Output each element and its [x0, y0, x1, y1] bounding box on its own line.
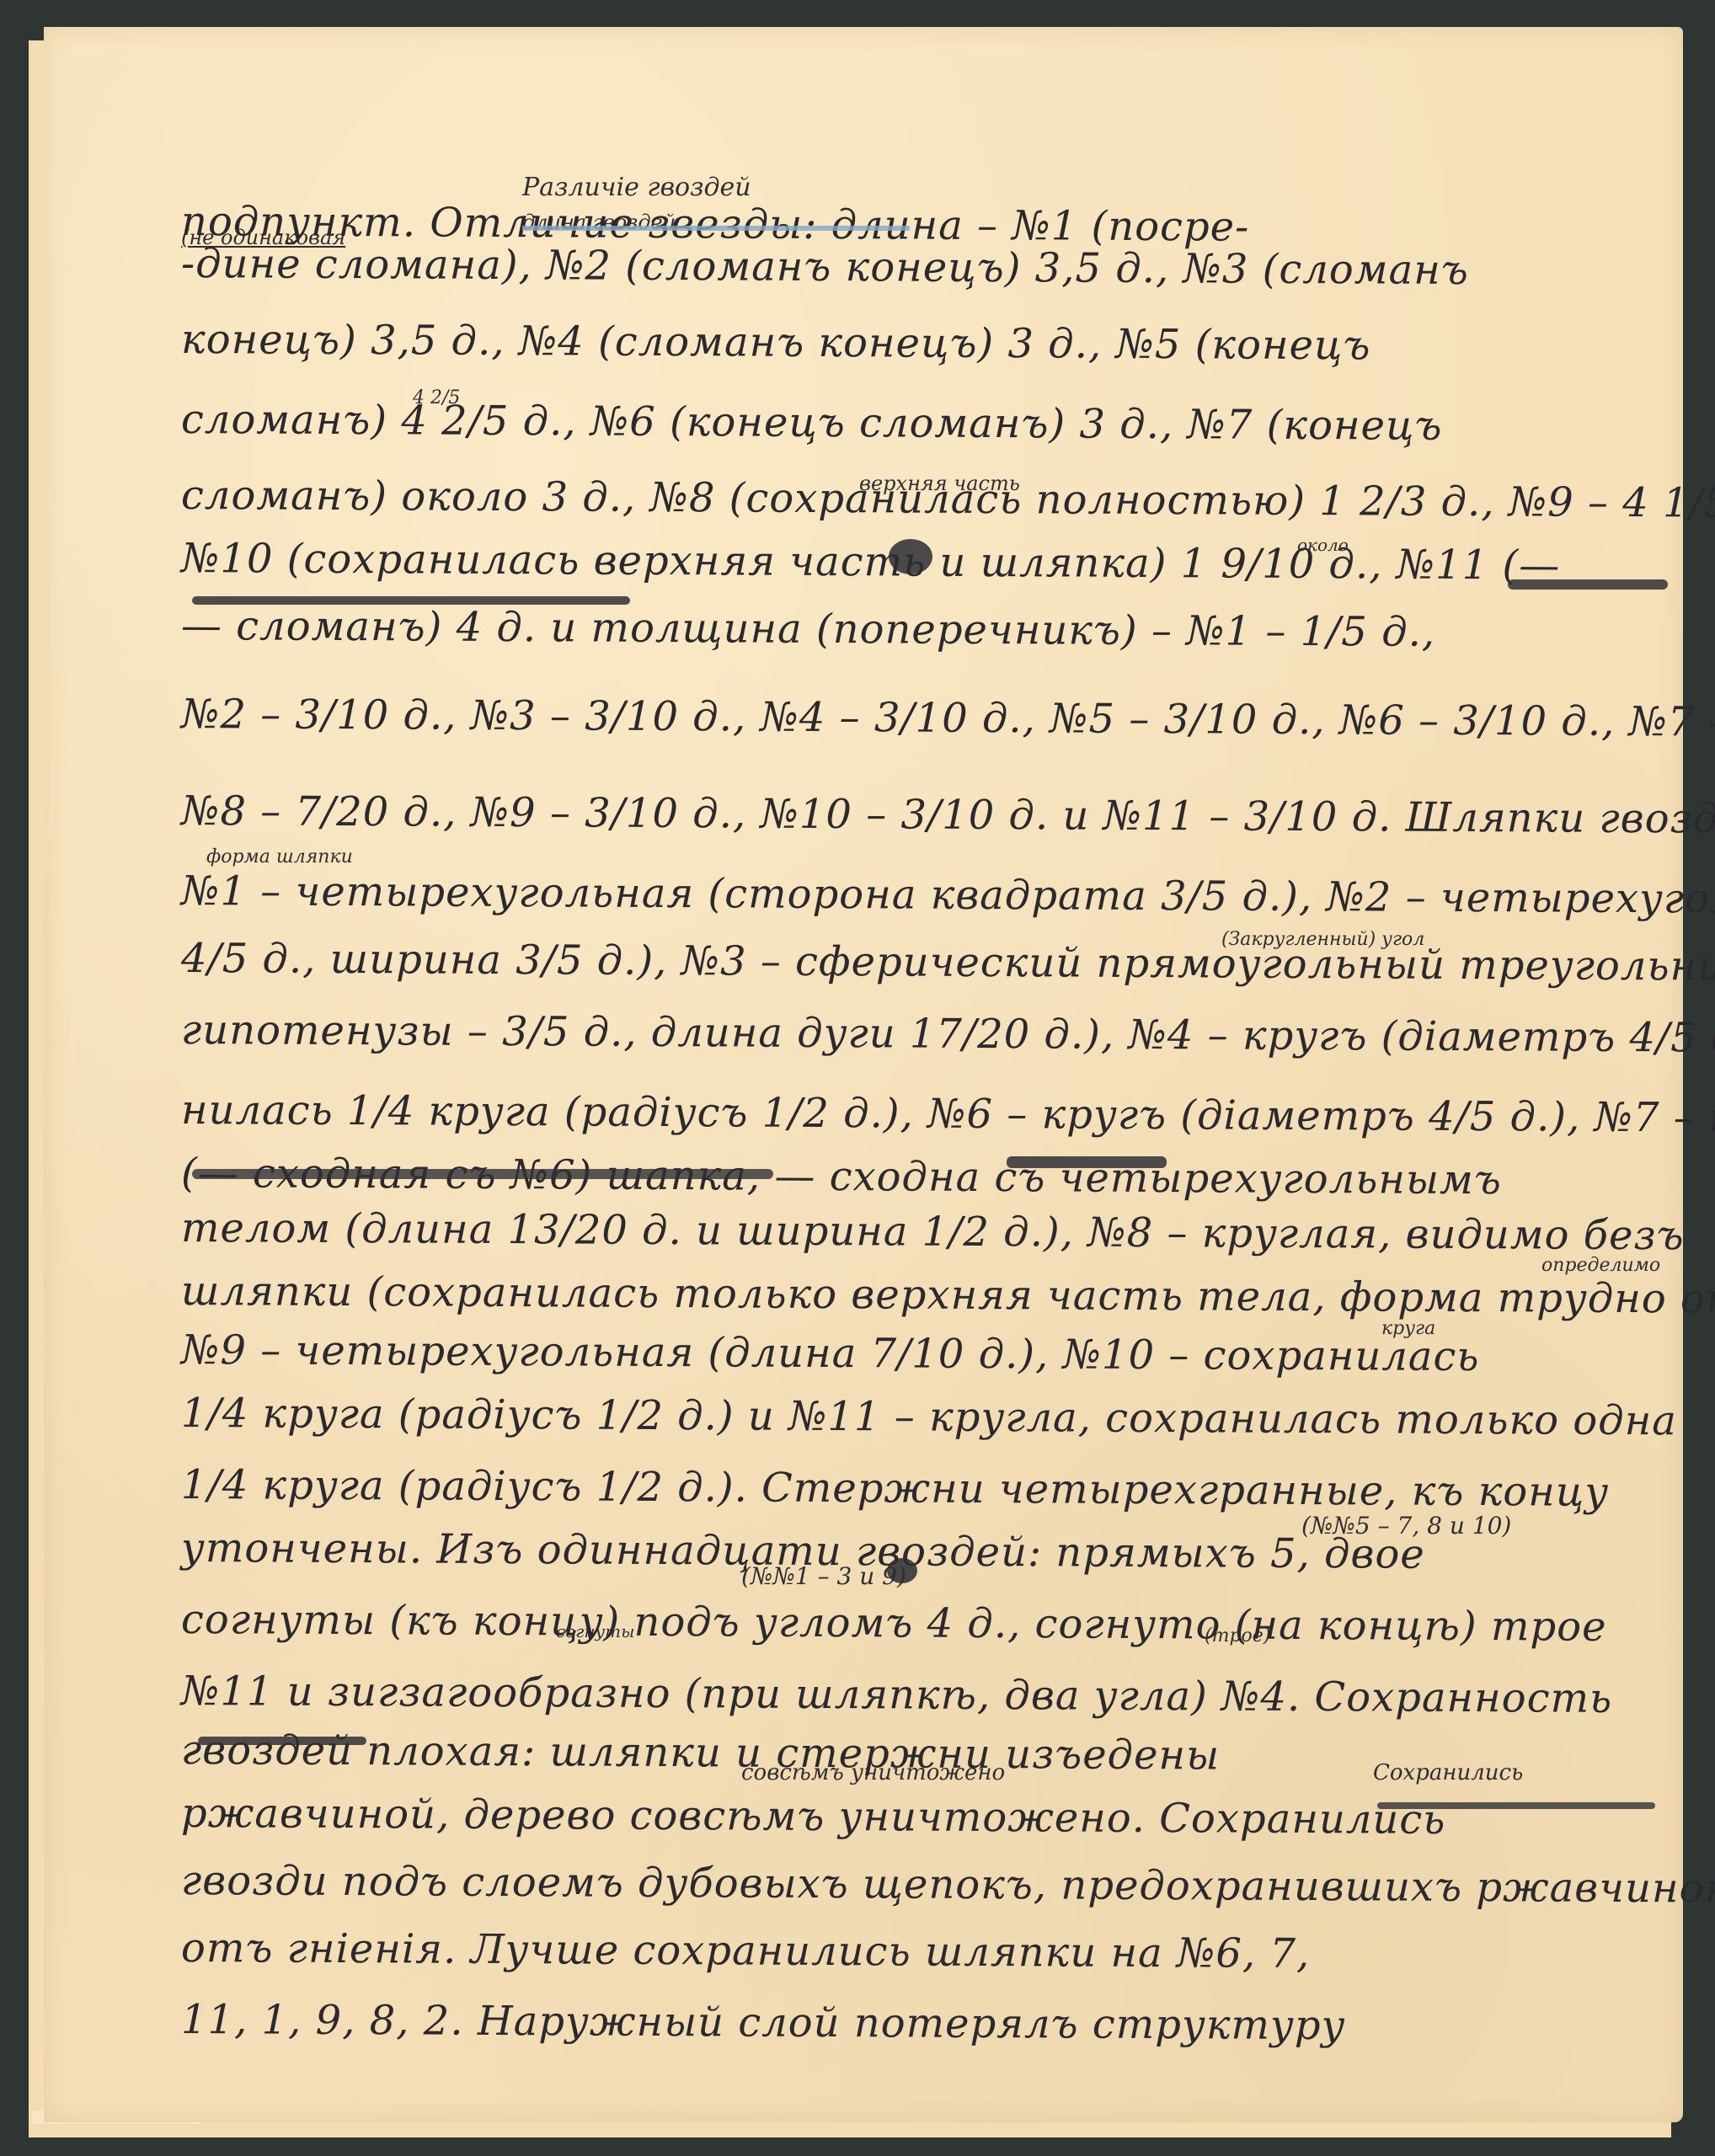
manuscript-line: 1/4 круга (радіусъ 1/2 д.) и №11 – кругл…	[181, 1390, 1677, 1444]
manuscript-line: согнуты (къ концу) подъ угломъ 4 д., сог…	[181, 1596, 1607, 1651]
strike-mark	[198, 1737, 366, 1745]
blue-strike	[522, 226, 910, 231]
manuscript-line: сломанъ) 4 2/5 д., №6 (конецъ сломанъ) 3…	[181, 396, 1443, 450]
manuscript-line: нилась 1/4 круга (радіусъ 1/2 д.), №6 – …	[181, 1086, 1715, 1143]
manuscript-line: №11 и зигзагообразно (при шляпкѣ, два уг…	[181, 1668, 1612, 1722]
insertion: Различіе гвоздей	[522, 173, 751, 202]
manuscript-line: телом (длина 13/20 д. и ширина 1/2 д.), …	[181, 1204, 1685, 1259]
manuscript-line: гвозди подъ слоемъ дубовыхъ щепокъ, пред…	[181, 1857, 1715, 1913]
manuscript-line: №2 – 3/10 д., №3 – 3/10 д., №4 – 3/10 д.…	[181, 691, 1715, 747]
manuscript-line: 11, 1, 9, 8, 2. Наружный слой потерялъ с…	[181, 1996, 1346, 2049]
manuscript-line: №8 – 7/20 д., №9 – 3/10 д., №10 – 3/10 д…	[181, 787, 1715, 843]
insertion: форма шляпки	[206, 846, 353, 867]
manuscript-line: 1/4 круга (радіусъ 1/2 д.). Стержни четы…	[181, 1461, 1609, 1516]
manuscript-line: ржавчиной, дерево совсѣмъ уничтожено. Со…	[181, 1790, 1446, 1844]
manuscript-line: №9 – четырехугольная (длина 7/10 д.), №1…	[181, 1326, 1480, 1380]
manuscript-line: отъ гніенія. Лучше сохранились шляпки на…	[181, 1924, 1311, 1977]
manuscript-line: -дине сломана), №2 (сломанъ конецъ) 3,5 …	[181, 240, 1469, 294]
manuscript-line: гвоздей плохая: шляпки и стержни изъеден…	[181, 1726, 1220, 1779]
manuscript-line: сломанъ) около 3 д., №8 (сохранилась пол…	[181, 472, 1715, 527]
strike-mark	[1007, 1156, 1167, 1168]
manuscript-line: — сломанъ) 4 д. и толщина (поперечникъ) …	[181, 602, 1435, 656]
ink-blot	[887, 1558, 917, 1583]
strike-mark	[192, 1169, 773, 1179]
manuscript-line: №1 – четырехугольная (сторона квадрата 3…	[181, 867, 1715, 924]
strike-mark	[1377, 1802, 1655, 1809]
insertion: Сохранились	[1373, 1760, 1523, 1785]
manuscript-line: утончены. Изъ одиннадцати гвоздей: прямы…	[181, 1524, 1425, 1578]
manuscript-line: №10 (сохранилась верхняя часть и шляпка)…	[181, 535, 1560, 590]
strike-mark	[192, 596, 630, 605]
manuscript-line: конецъ) 3,5 д., №4 (сломанъ конецъ) 3 д.…	[181, 316, 1371, 369]
strike-mark	[1508, 579, 1668, 590]
manuscript-line: шляпки (сохранилась только верхняя часть…	[181, 1267, 1715, 1324]
ink-blot	[889, 539, 932, 574]
manuscript-line: 4/5 д., ширина 3/5 д.), №3 – сферический…	[181, 935, 1715, 991]
